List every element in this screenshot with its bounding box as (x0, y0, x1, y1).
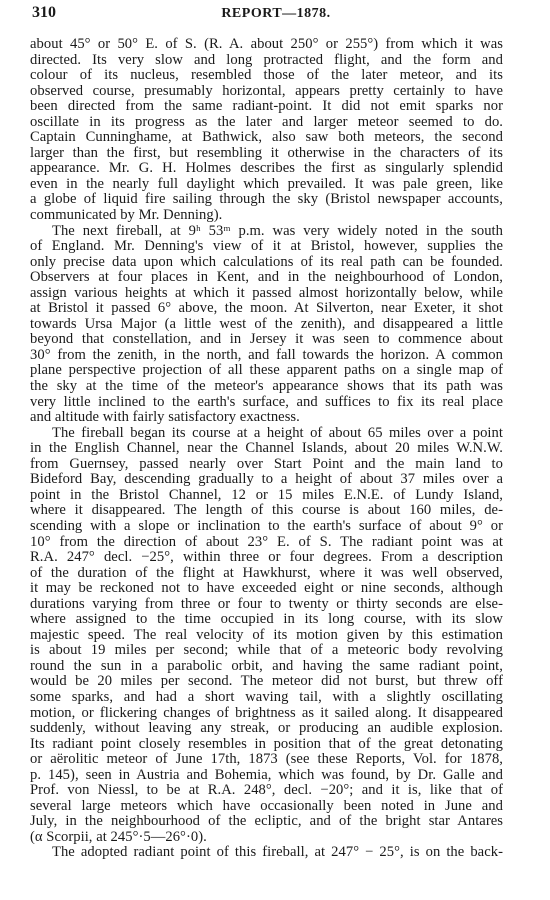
text-line: round the sun in a parabolic orbit, and … (30, 659, 503, 675)
page-header: 310 REPORT—1878. (32, 4, 520, 24)
text-line: only precise data upon which calculation… (30, 255, 503, 271)
text-line: where it disappeared. The length of this… (30, 503, 503, 519)
text-line: appearance. Mr. G. H. Holmes describes t… (30, 161, 503, 177)
text-line: would be 20 miles per second. The meteor… (30, 674, 503, 690)
text-line: it may be reckoned not to have exceeded … (30, 581, 503, 597)
text-line: even in the nearly full daylight which p… (30, 177, 503, 193)
text-line: several large meteors which have occasio… (30, 799, 503, 815)
body-text: about 45° or 50° E. of S. (R. A. about 2… (30, 37, 503, 861)
text-line: beyond that constellation, and in Jersey… (30, 332, 503, 348)
text-line: scending with a slope or inclination to … (30, 519, 503, 535)
text-line: of England. Mr. Denning's view of it at … (30, 239, 503, 255)
text-line: Observers at four places in Kent, and in… (30, 270, 503, 286)
text-line: been directed from the same radiant-poin… (30, 99, 503, 115)
text-line: majestic speed. The real velocity of its… (30, 628, 503, 644)
text-line: motion, or flickering changes of brightn… (30, 706, 503, 722)
text-line: point in the Bristol Channel, 12 or 15 m… (30, 488, 503, 504)
text-line: towards Ursa Major (a little west of the… (30, 317, 503, 333)
text-line: a globe of liquid fire sailing through t… (30, 192, 503, 208)
text-line: observed course, presumably horizontal, … (30, 84, 503, 100)
text-line: the sky at the time of the meteor's appe… (30, 379, 503, 395)
text-line: at Bristol it passed 6° above, the moon.… (30, 301, 503, 317)
text-line: p. 145), seen in Austria and Bohemia, wh… (30, 768, 503, 784)
text-line: communicated by Mr. Denning). (30, 208, 503, 224)
text-line: 10° from the direction of about 23° E. o… (30, 535, 503, 551)
text-line: Bideford Bay, descending gradually to a … (30, 472, 503, 488)
text-line: Captain Cunninghame, at Bathwick, also s… (30, 130, 503, 146)
paragraph-first-line: The next fireball, at 9ʰ 53ᵐ p.m. was ve… (30, 224, 503, 240)
text-line: about 45° or 50° E. of S. (R. A. about 2… (30, 37, 503, 53)
text-line: plane perspective projection of all thes… (30, 363, 503, 379)
text-line: Its radiant point closely resembles in p… (30, 737, 503, 753)
paragraph-first-line: The adopted radiant point of this fireba… (30, 845, 503, 861)
text-line: R.A. 247° decl. −25°, within three or fo… (30, 550, 503, 566)
text-line: 30° from the zenith, in the north, and f… (30, 348, 503, 364)
text-line: is about 19 miles per second; while that… (30, 643, 503, 659)
text-line: of the duration of the flight at Hawkhur… (30, 566, 503, 582)
text-line: in the English Channel, near the Channel… (30, 441, 503, 457)
text-line: some sparks, and had a short waving tail… (30, 690, 503, 706)
text-line: and altitude with fairly satisfactory ex… (30, 410, 503, 426)
text-line: oscillate in its progress as the later a… (30, 115, 503, 131)
text-line: where assigned to the time occupied in i… (30, 612, 503, 628)
text-line: suddenly, without leaving any streak, or… (30, 721, 503, 737)
text-line: from Guernsey, passed nearly over Start … (30, 457, 503, 473)
text-line: assign various heights at which it passe… (30, 286, 503, 302)
paragraph-first-line: The fireball began its course at a heigh… (30, 426, 503, 442)
text-line: larger than the first, but resembling it… (30, 146, 503, 162)
document-page: 310 REPORT—1878. about 45° or 50° E. of … (0, 0, 550, 900)
text-line: Prof. von Niessl, to be at R.A. 248°, de… (30, 783, 503, 799)
text-line: directed. Its very slow and long protrac… (30, 53, 503, 69)
running-title: REPORT—1878. (32, 6, 520, 22)
text-line: (α Scorpii, at 245°·5—26°·0). (30, 830, 503, 846)
text-line: July, in the neighbourhood of the eclipt… (30, 814, 503, 830)
text-line: very little inclined to the earth's surf… (30, 395, 503, 411)
text-line: or aërolitic meteor of June 17th, 1873 (… (30, 752, 503, 768)
text-line: colour of its nucleus, resembled those o… (30, 68, 503, 84)
text-line: durations varying from three or four to … (30, 597, 503, 613)
